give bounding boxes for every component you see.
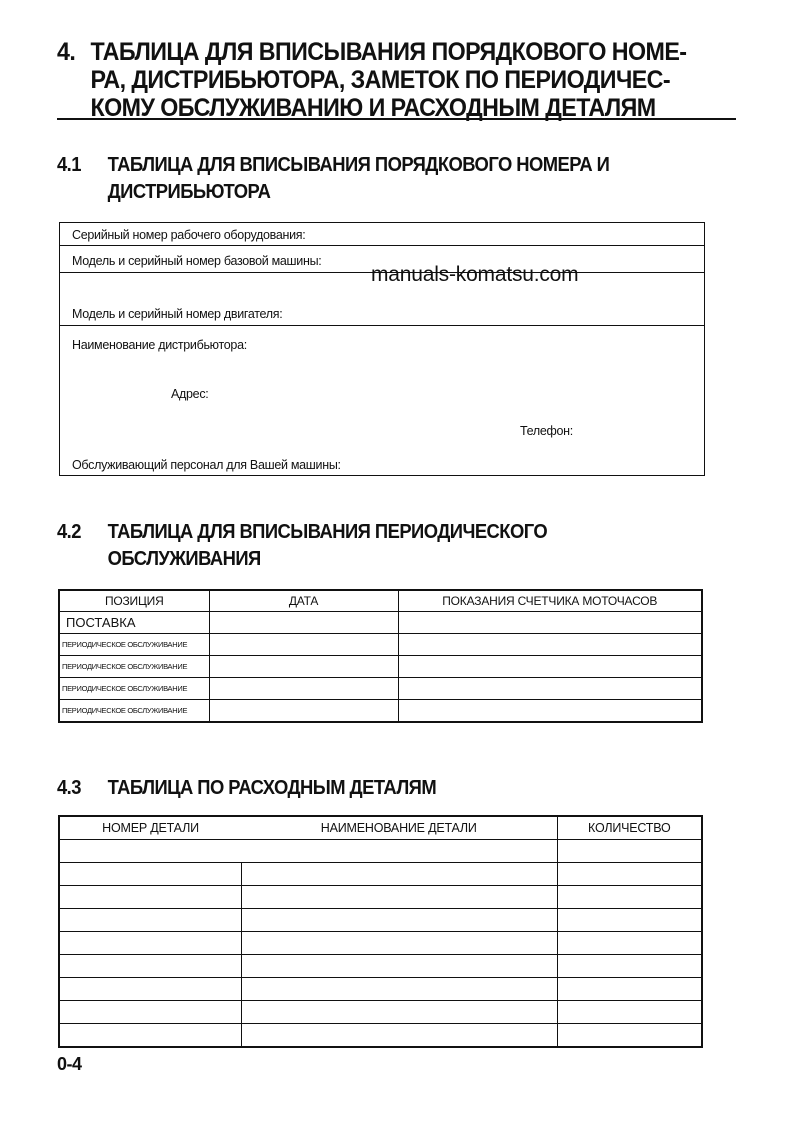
table-row	[59, 955, 702, 978]
serial-distributor-form: Серийный номер рабочего оборудования: Мо…	[59, 222, 705, 476]
quantity-cell[interactable]	[557, 886, 702, 909]
part-number-cell[interactable]	[59, 886, 241, 909]
section-4-1-number: 4.1	[57, 152, 108, 179]
equipment-serial-label: Серийный номер рабочего оборудования:	[72, 228, 305, 242]
table-row: ПЕРИОДИЧЕСКОЕ ОБСЛУЖИВАНИЕ	[59, 678, 702, 700]
part-number-cell[interactable]	[59, 932, 241, 955]
date-cell[interactable]	[209, 634, 398, 656]
main-heading: 4.ТАБЛИЦА ДЛЯ ВПИСЫВАНИЯ ПОРЯДКОВОГО НОМ…	[57, 38, 686, 122]
watermark: manuals-komatsu.com	[371, 263, 578, 287]
quantity-cell[interactable]	[557, 1001, 702, 1024]
service-staff-label: Обслуживающий персонал для Вашей машины:	[72, 458, 341, 472]
table-row	[59, 978, 702, 1001]
position-cell: ПОСТАВКА	[59, 612, 209, 634]
quantity-cell[interactable]	[557, 909, 702, 932]
section-4-1-title-line-1: ТАБЛИЦА ДЛЯ ВПИСЫВАНИЯ ПОРЯДКОВОГО НОМЕР…	[108, 154, 610, 176]
column-header-position: ПОЗИЦИЯ	[59, 590, 209, 612]
position-cell: ПЕРИОДИЧЕСКОЕ ОБСЛУЖИВАНИЕ	[59, 678, 209, 700]
position-cell: ПЕРИОДИЧЕСКОЕ ОБСЛУЖИВАНИЕ	[59, 700, 209, 723]
table-row	[59, 863, 702, 886]
date-cell[interactable]	[209, 656, 398, 678]
engine-label: Модель и серийный номер двигателя:	[72, 307, 282, 321]
hours-cell[interactable]	[398, 656, 702, 678]
consumables-table: НОМЕР ДЕТАЛИ НАИМЕНОВАНИЕ ДЕТАЛИ КОЛИЧЕС…	[58, 815, 703, 1048]
part-name-cell[interactable]	[241, 978, 557, 1001]
section-4-3-title-text: ТАБЛИЦА ПО РАСХОДНЫМ ДЕТАЛЯМ	[108, 777, 437, 799]
position-cell: ПЕРИОДИЧЕСКОЕ ОБСЛУЖИВАНИЕ	[59, 656, 209, 678]
maintenance-table: ПОЗИЦИЯ ДАТА ПОКАЗАНИЯ СЧЕТЧИКА МОТОЧАСО…	[58, 589, 703, 723]
quantity-cell[interactable]	[557, 840, 702, 863]
table-row	[59, 932, 702, 955]
part-number-cell[interactable]	[59, 1024, 241, 1048]
part-name-cell[interactable]	[241, 955, 557, 978]
column-header-hours: ПОКАЗАНИЯ СЧЕТЧИКА МОТОЧАСОВ	[398, 590, 702, 612]
table-row	[59, 909, 702, 932]
date-cell[interactable]	[209, 678, 398, 700]
hours-cell[interactable]	[398, 700, 702, 723]
part-number-cell[interactable]	[59, 863, 241, 886]
table-row	[59, 1024, 702, 1048]
part-name-cell[interactable]	[241, 909, 557, 932]
table-row: ПЕРИОДИЧЕСКОЕ ОБСЛУЖИВАНИЕ	[59, 656, 702, 678]
maintenance-table-header: ПОЗИЦИЯ ДАТА ПОКАЗАНИЯ СЧЕТЧИКА МОТОЧАСО…	[59, 590, 702, 612]
column-header-date: ДАТА	[209, 590, 398, 612]
quantity-cell[interactable]	[557, 978, 702, 1001]
table-row: ПЕРИОДИЧЕСКОЕ ОБСЛУЖИВАНИЕ	[59, 634, 702, 656]
section-4-1-title: 4.1ТАБЛИЦА ДЛЯ ВПИСЫВАНИЯ ПОРЯДКОВОГО НО…	[57, 152, 609, 206]
column-header-quantity: КОЛИЧЕСТВО	[557, 816, 702, 840]
section-4-2-title-line-2: ОБСЛУЖИВАНИЯ	[57, 546, 547, 573]
section-4-2-number: 4.2	[57, 519, 108, 546]
table-row	[59, 886, 702, 909]
main-heading-number: 4.	[57, 38, 90, 66]
part-name-cell[interactable]	[241, 932, 557, 955]
part-number-cell[interactable]	[59, 1001, 241, 1024]
quantity-cell[interactable]	[557, 1024, 702, 1048]
table-row: ПОСТАВКА	[59, 612, 702, 634]
date-cell[interactable]	[209, 612, 398, 634]
main-heading-line-1: ТАБЛИЦА ДЛЯ ВПИСЫВАНИЯ ПОРЯДКОВОГО НОМЕ-	[90, 38, 686, 66]
heading-underline	[57, 118, 736, 120]
distributor-block[interactable]: Наименование дистрибьютора: Адрес: Телеф…	[60, 326, 704, 476]
hours-cell[interactable]	[398, 634, 702, 656]
quantity-cell[interactable]	[557, 863, 702, 886]
part-name-cell[interactable]	[241, 1001, 557, 1024]
position-cell: ПЕРИОДИЧЕСКОЕ ОБСЛУЖИВАНИЕ	[59, 634, 209, 656]
page-number: 0-4	[57, 1054, 82, 1075]
distributor-name-label: Наименование дистрибьютора:	[72, 338, 247, 352]
hours-cell[interactable]	[398, 678, 702, 700]
table-row	[59, 1001, 702, 1024]
part-number-cell[interactable]	[59, 909, 241, 932]
part-number-cell[interactable]	[59, 840, 241, 863]
section-4-3-title: 4.3ТАБЛИЦА ПО РАСХОДНЫМ ДЕТАЛЯМ	[57, 775, 436, 802]
phone-label: Телефон:	[520, 424, 573, 438]
part-name-cell[interactable]	[241, 863, 557, 886]
section-4-2-title: 4.2ТАБЛИЦА ДЛЯ ВПИСЫВАНИЯ ПЕРИОДИЧЕСКОГО…	[57, 519, 547, 573]
part-number-cell[interactable]	[59, 978, 241, 1001]
date-cell[interactable]	[209, 700, 398, 723]
part-number-cell[interactable]	[59, 955, 241, 978]
section-4-1-title-line-2: ДИСТРИБЬЮТОРА	[57, 179, 609, 206]
equipment-serial-row[interactable]: Серийный номер рабочего оборудования:	[60, 223, 704, 246]
base-machine-label: Модель и серийный номер базовой машины:	[72, 254, 321, 268]
section-4-3-number: 4.3	[57, 775, 108, 802]
main-heading-line-2: РА, ДИСТРИБЬЮТОРА, ЗАМЕТОК ПО ПЕРИОДИЧЕС…	[57, 66, 686, 94]
part-name-cell[interactable]	[241, 840, 557, 863]
column-header-part-number: НОМЕР ДЕТАЛИ	[59, 816, 241, 840]
part-name-cell[interactable]	[241, 1024, 557, 1048]
quantity-cell[interactable]	[557, 955, 702, 978]
address-label: Адрес:	[171, 387, 208, 401]
quantity-cell[interactable]	[557, 932, 702, 955]
section-4-2-title-line-1: ТАБЛИЦА ДЛЯ ВПИСЫВАНИЯ ПЕРИОДИЧЕСКОГО	[108, 521, 548, 543]
hours-cell[interactable]	[398, 612, 702, 634]
table-row	[59, 840, 702, 863]
part-name-cell[interactable]	[241, 886, 557, 909]
table-row: ПЕРИОДИЧЕСКОЕ ОБСЛУЖИВАНИЕ	[59, 700, 702, 723]
column-header-part-name: НАИМЕНОВАНИЕ ДЕТАЛИ	[241, 816, 557, 840]
consumables-table-header: НОМЕР ДЕТАЛИ НАИМЕНОВАНИЕ ДЕТАЛИ КОЛИЧЕС…	[59, 816, 702, 840]
